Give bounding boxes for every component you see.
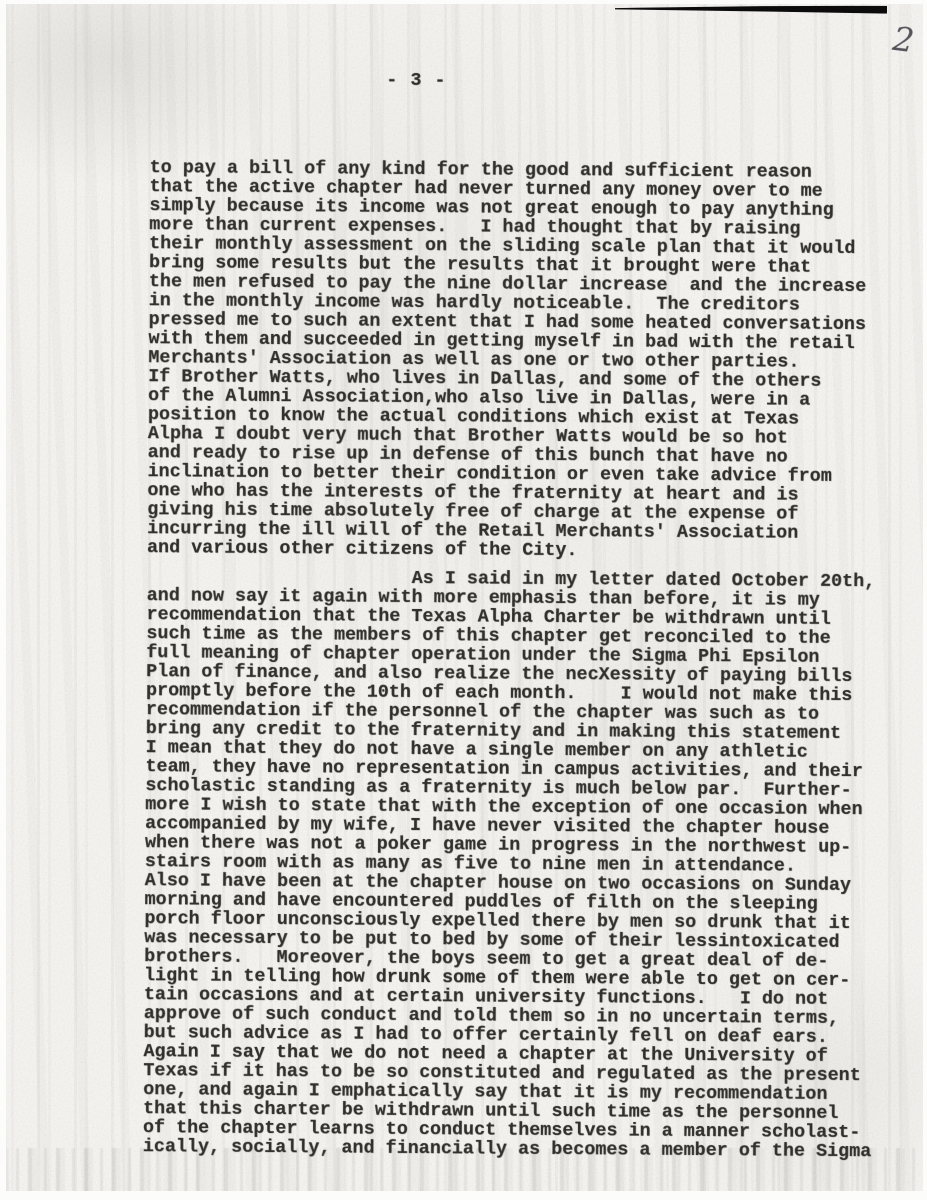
letter-paragraph-2: As I said in my letter dated October 20t… bbox=[143, 567, 875, 1161]
typewritten-content: - 3 - to pay a bill of any kind for the … bbox=[0, 0, 927, 1200]
letter-paragraph-1: to pay a bill of any kind for the good a… bbox=[147, 158, 867, 562]
scan-edge-bottom bbox=[0, 1191, 927, 1200]
page-number: - 3 - bbox=[386, 70, 446, 91]
scanned-letter-page: - 3 - to pay a bill of any kind for the … bbox=[0, 0, 927, 1200]
scan-edge-left bbox=[0, 0, 6, 1200]
scan-edge-top bbox=[0, 0, 927, 4]
scan-edge-right bbox=[923, 0, 927, 1200]
